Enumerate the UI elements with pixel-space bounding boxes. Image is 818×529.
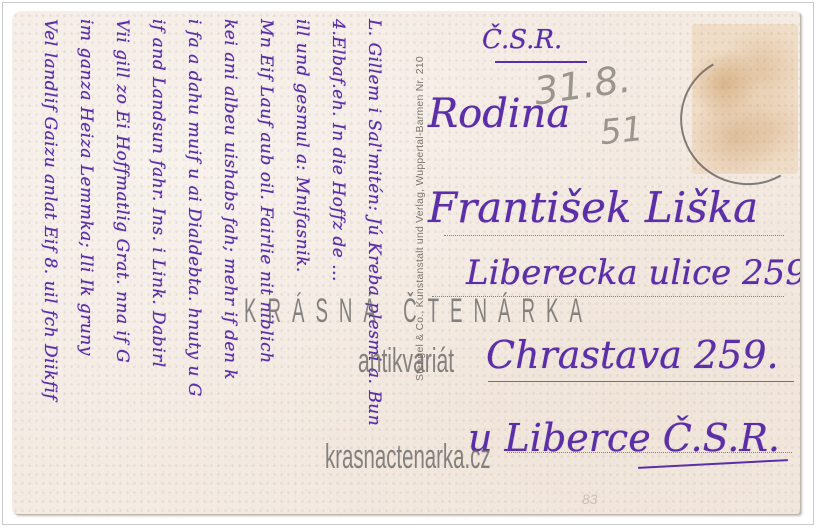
message-line: i fa a dahu muif u ai Dialdebta. hnuty u… [184, 19, 204, 397]
message-line: ill und gesmul a: Mnifasnik. [292, 19, 312, 273]
salutation: Rodina [428, 91, 570, 137]
pencil-note: 83 [582, 491, 598, 507]
recipient-name: František Liška [428, 183, 758, 232]
watermark-title: KRÁSNÁ ČTENÁRKA [244, 292, 593, 331]
address-line-4 [507, 452, 792, 453]
message-line: Vel landlif Gaizu anlat Eif 8. uil fch D… [40, 19, 60, 400]
message-line: kei ani albeu uishabs fah; mehr if den k [220, 19, 240, 380]
address-line-1 [444, 235, 784, 236]
address-town: Chrastava 259. [486, 333, 779, 377]
address-region: u Liberce Č.S.R. [468, 416, 780, 460]
address-line-3 [488, 381, 794, 382]
postmark-arc [665, 40, 800, 200]
address-street: Liberecka ulice 259. [466, 253, 800, 293]
region-underline [638, 459, 788, 469]
watermark-subtitle: antikvariát [358, 342, 454, 381]
country-header: Č.S.R. [482, 25, 562, 55]
pencil-year: 51 [598, 109, 645, 153]
publisher-imprint: Stengel & Co., Kunstanstalt und Verlag, … [414, 56, 426, 381]
message-line: Vii gill zo Ei Hoffmatlig Grat. nna if G [112, 19, 132, 363]
message-line: 4.Elbaf.eh. In die Hoffz de ... [328, 19, 348, 282]
message-line: im ganza Heiza Lemmka; Ili Ik gruny [76, 19, 96, 356]
header-underline [495, 61, 587, 63]
watermark-url: krasnactenarka.cz [325, 438, 491, 477]
message-line: if and Landsun fahr. Ins. i Link. Dabirl [148, 19, 168, 368]
